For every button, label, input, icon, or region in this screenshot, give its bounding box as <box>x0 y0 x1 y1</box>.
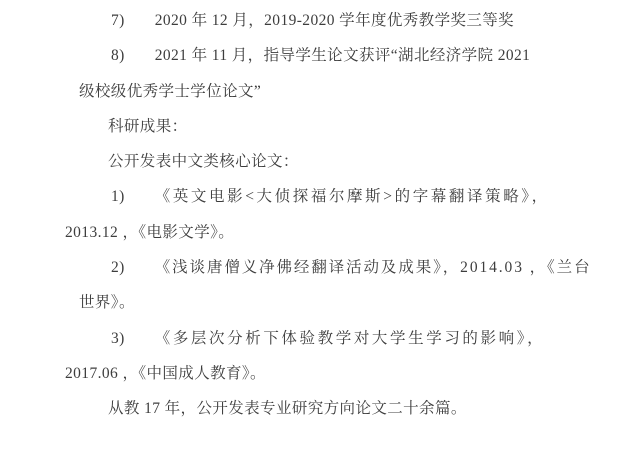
paper-item-2-text: 《浅谈唐僧义净佛经翻译活动及成果》，2014.03 ，《兰台 <box>155 259 592 276</box>
document-page: 7)2020 年 12 月，2019-2020 学年度优秀教学奖三等奖 8)20… <box>0 0 639 464</box>
award-item-8-text: 2021 年 11 月，指导学生论文获评“湖北经济学院 2021 <box>155 47 531 64</box>
paper-item-1-continuation-text: 2013.12 ，《电影文学》。 <box>65 224 234 241</box>
summary-line-text: 从教 17 年，公开发表专业研究方向论文二十余篇。 <box>108 400 467 417</box>
subsection-heading-text: 公开发表中文类核心论文： <box>108 153 299 170</box>
award-item-8-continuation: 级校级优秀学士学位论文” <box>0 74 639 109</box>
paper-item-2: 2)《浅谈唐僧义净佛经翻译活动及成果》，2014.03 ，《兰台 <box>0 250 639 285</box>
award-item-8: 8)2021 年 11 月，指导学生论文获评“湖北经济学院 2021 <box>0 38 639 73</box>
paper-item-1-continuation: 2013.12 ，《电影文学》。 <box>0 215 639 250</box>
paper-item-1-number: 1) <box>111 188 125 205</box>
subsection-heading-core-papers: 公开发表中文类核心论文： <box>0 144 639 179</box>
award-item-8-continuation-text: 级校级优秀学士学位论文” <box>79 83 261 100</box>
section-heading-research-achievements: 科研成果： <box>0 109 639 144</box>
award-item-8-number: 8) <box>111 47 125 64</box>
award-item-7-number: 7) <box>111 12 125 29</box>
award-item-7-text: 2020 年 12 月，2019-2020 学年度优秀教学奖三等奖 <box>155 12 514 29</box>
paper-item-3-number: 3) <box>111 330 125 347</box>
paper-item-2-continuation-text: 世界》。 <box>79 294 135 311</box>
paper-item-1-text: 《英文电影<大侦探福尔摩斯>的字幕翻译策略》， <box>155 188 550 205</box>
paper-item-2-number: 2) <box>111 259 125 276</box>
paper-item-1: 1)《英文电影<大侦探福尔摩斯>的字幕翻译策略》， <box>0 179 639 214</box>
award-item-7: 7)2020 年 12 月，2019-2020 学年度优秀教学奖三等奖 <box>0 3 639 38</box>
paper-item-3-text: 《多层次分析下体验教学对大学生学习的影响》， <box>155 330 545 347</box>
section-heading-text: 科研成果： <box>108 118 188 135</box>
paper-item-3-continuation: 2017.06 ，《中国成人教育》。 <box>0 356 639 391</box>
paper-item-3-continuation-text: 2017.06 ，《中国成人教育》。 <box>65 365 266 382</box>
summary-line: 从教 17 年，公开发表专业研究方向论文二十余篇。 <box>0 391 639 426</box>
paper-item-3: 3)《多层次分析下体验教学对大学生学习的影响》， <box>0 321 639 356</box>
paper-item-2-continuation: 世界》。 <box>0 285 639 320</box>
